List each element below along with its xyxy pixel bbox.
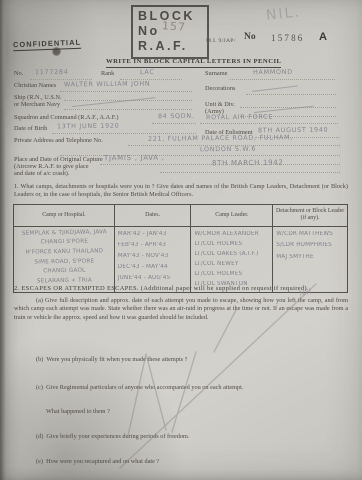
address-value-line1: 221, FULHAM PALACE ROAD, FULHAM, [148,133,293,143]
pencil-nil-note: NIL. [265,4,301,24]
table-header-block-leader: Detachment or Block Leader (if any). [273,205,348,227]
table-header-leader: Camp Leader. [191,205,273,227]
christian-names-value: WALTER WILLIAM JOHN [64,80,150,89]
dotted-line [230,78,335,80]
handwritten-block-number: 157 [162,19,187,34]
ref-number: 15786 [271,33,305,43]
date-of-birth-label: Date of Birth [14,125,47,133]
question2d-label: (d) [36,433,43,440]
camps-table: Camp or Hospital. Dates. Camp Leader. De… [13,204,348,293]
table-header-dates: Dates. [114,205,191,227]
question2b-label: (b) [36,356,43,363]
ref-suffix: A [319,31,327,43]
stamp-line-raf: R.A.F. [138,39,202,54]
block-leader-entry: MAJ SMYTHE [276,252,345,264]
question2e-label: (e) [36,458,43,465]
question2a-label: (a) [14,297,43,304]
address-value-line2: LONDON S.W.6 [200,145,256,154]
question2c-text: Give Regimental particulars of anyone wh… [46,384,243,391]
surname-label: Surname [205,70,227,78]
decorations-label: Decorations [205,85,235,93]
camp-column: SEMPLAK & TJIKDJAWA, JAVA CHANGI S'PORE … [14,226,115,292]
question2b-text: Were you physically fit when you made th… [46,356,187,363]
capture-value-place: TJAMIS , JAVA , [104,154,165,163]
date-entry: FEB'43 - APR'43 [118,240,189,251]
leader-entry: W/CMDR ALEXANDER [194,229,270,239]
question2d: (d) Give briefly your experiences during… [36,433,346,441]
date-of-birth-value: 13TH JUNE 1920 [57,122,119,131]
question2a-text: Give full description and approx. date o… [14,297,348,321]
question1-text: 1. What camps, detachments or hospitals … [14,183,348,200]
question2-heading: 2. ESCAPES OR ATTEMPTED ESCAPES. (Additi… [14,285,309,292]
question2e-text: How were you recaptured and on what date… [46,458,159,465]
christian-names-label: Christian Names [14,82,56,90]
no-value: 1177284 [35,68,68,76]
address-label: Private Address and Telephone No. [14,137,103,145]
dates-column: MAR'42 - JAN'43 FEB'43 - APR'43 MAY'43 -… [114,226,191,292]
table-header-camp: Camp or Hospital. [14,205,115,227]
question2c: (c) Give Regimental particulars of anyon… [36,384,346,392]
dotted-line [200,122,338,124]
question2a: (a) Give full description and approx. da… [14,297,348,322]
instruction-title: WRITE IN BLOCK CAPITAL LETTERS IN PENCIL [106,58,281,68]
dotted-line [64,108,192,110]
question2e: (e) How were you recaptured and on what … [36,458,346,466]
date-entry: MAY'43 - NOV'43 [118,251,189,262]
rank-label: Rank [101,70,114,78]
leader-entry: LT/COL OAKES (A.I.F.) [194,249,270,259]
dotted-line [60,90,192,92]
block-leader-entry: W/CDR MATTHEWS [276,229,345,241]
ship-label-line2: or Merchant Navy [14,101,60,109]
leader-entry: LT/COL HOLMES [194,239,270,249]
leader-entry: LT/COL HOLMES [194,269,270,279]
paper-edge-shadow [0,0,6,480]
question2d-text: Give briefly your experiences during per… [46,433,189,440]
dotted-line [152,122,196,124]
dotted-line [246,93,336,95]
leader-entry: LT/COL NEWEY [194,259,270,269]
block-leader-entry: S/LDR HUMPHRIES [276,240,345,252]
rank-value: LAC [140,68,155,76]
date-entry: DEC'43 - MAY'44 [118,262,189,273]
question2c-followup: What happened to them ? [46,408,346,416]
surname-value: HAMMOND [253,68,293,76]
question2b: (b) Were you physically fit when you mad… [36,356,346,364]
pencil-dash [252,85,298,92]
squadron-value-2: ROYAL AIR FORCE [206,113,273,122]
block-leader-column: W/CDR MATTHEWS S/LDR HUMPHRIES MAJ SMYTH… [273,226,348,292]
no-label: No. [14,70,23,78]
confidential-stamp: CONFIDENTIAL [13,38,82,52]
leader-column: W/CMDR ALEXANDER LT/COL HOLMES LT/COL OA… [191,226,273,292]
question2c-label: (c) [36,384,43,391]
capture-label-line3: and date of a/c crash). [14,170,69,178]
date-entry: MAR'42 - JAN'43 [118,229,189,240]
ref-prefix: M.I. 9/JAP/ [206,38,236,44]
squadron-value: 84 SQDN. [158,112,195,120]
ref-no-label: No [244,32,256,42]
scanned-pow-questionnaire-form: CONFIDENTIAL BLOCK No R.A.F. 157 M.I. 9/… [0,0,362,480]
date-entry: JUNE'44 - AUG'45 [118,273,189,284]
dotted-line [160,171,340,173]
squadron-label: Squadron and Command (R.A.F., A.A.F.) [14,114,118,122]
capture-value-date: 8TH MARCH 1942 [212,159,284,168]
